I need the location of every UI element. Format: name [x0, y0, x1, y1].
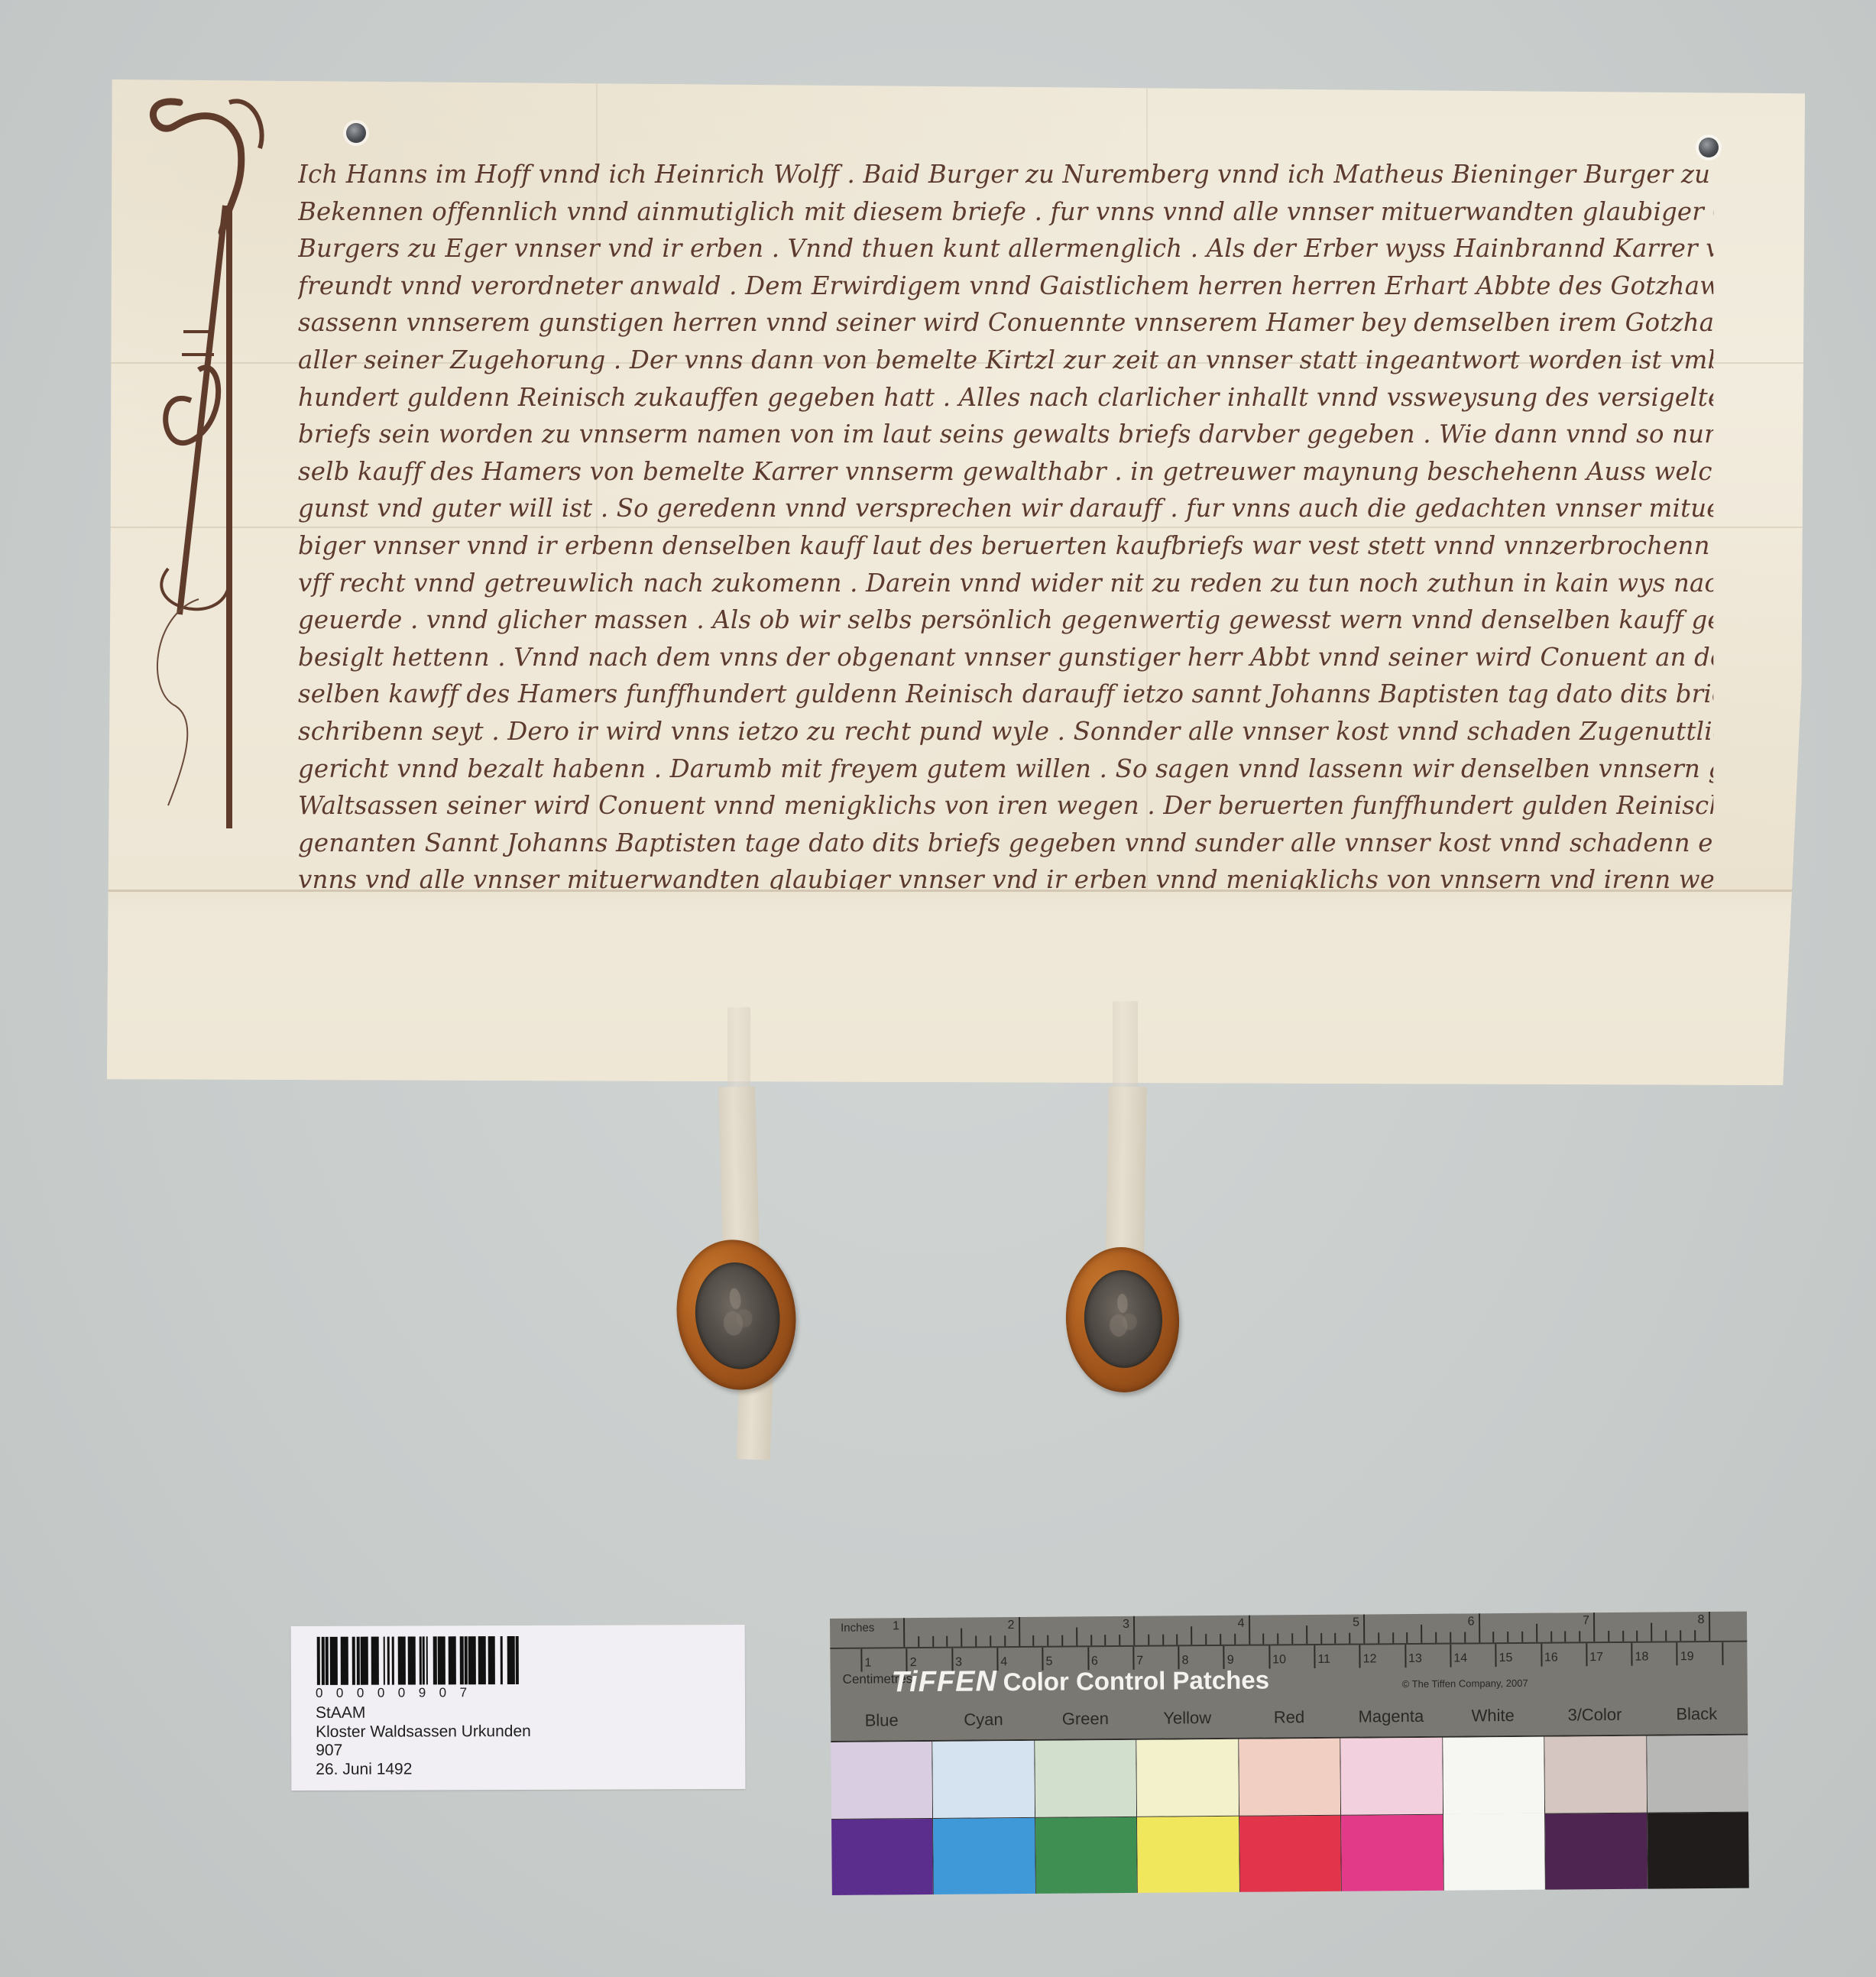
ruler-tick: [1541, 1644, 1542, 1667]
ruler-tick: [1220, 1634, 1221, 1645]
ruler-tick: [1119, 1635, 1120, 1645]
ruler-tick: [1464, 1632, 1466, 1642]
archive-name: StAAM: [316, 1703, 531, 1723]
cm-mark: 1: [864, 1657, 871, 1671]
patch-saturated: [1443, 1813, 1545, 1891]
charter-text-line: selben kawff des Hamers funffhundert gul…: [298, 676, 1713, 713]
patch-label-black: Black: [1646, 1704, 1748, 1732]
patch-column-white: [1443, 1737, 1546, 1891]
patch-label-green: Green: [1035, 1709, 1137, 1737]
tiffen-logo: TiFFEN: [891, 1665, 997, 1699]
chart-header: Inches 12345678 123456789101112131415161…: [830, 1612, 1748, 1741]
ruler-tick: [1622, 1631, 1624, 1642]
ruler-tick: [1306, 1625, 1307, 1644]
ruler-tick: [1421, 1625, 1422, 1643]
patch-column-yellow: [1137, 1739, 1240, 1893]
charter-text-line: gericht vnnd bezalt habenn . Darumb mit …: [298, 750, 1713, 788]
ruler-tick: [1133, 1616, 1135, 1645]
patch-column-3-color: [1544, 1736, 1648, 1890]
ruler-tick: [1677, 1642, 1678, 1665]
charter-text-line: schribenn seyt . Dero ir wird vnns ietzo…: [298, 713, 1713, 750]
charter-text-line: genanten Sannt Johanns Baptisten tage da…: [298, 825, 1713, 862]
ruler-tick: [1191, 1626, 1192, 1645]
ruler-tick: [1450, 1632, 1451, 1643]
cm-mark: 13: [1408, 1652, 1422, 1666]
patch-saturated: [831, 1818, 933, 1895]
pin-icon: [346, 123, 366, 143]
patch-light: [933, 1741, 1035, 1819]
patch-light: [1647, 1736, 1748, 1813]
ruler-tick: [1314, 1645, 1315, 1668]
patch-column-red: [1239, 1739, 1342, 1892]
ruler-tick: [1565, 1631, 1567, 1642]
cm-mark: 16: [1544, 1651, 1558, 1665]
charter-text-line: Burgers zu Eger vnnser vnd ir erben . Vn…: [298, 230, 1713, 267]
ruler-tick: [1262, 1634, 1264, 1645]
cm-mark: 18: [1635, 1651, 1648, 1664]
ruler-tick: [1536, 1624, 1537, 1642]
ruler-tick: [1694, 1630, 1696, 1641]
inch-mark: 2: [1008, 1619, 1015, 1632]
ruler-tick: [1076, 1627, 1077, 1645]
patch-light: [831, 1742, 932, 1820]
ruler-tick: [1291, 1633, 1293, 1644]
ruler-tick: [1018, 1617, 1019, 1646]
charter-text-line: Bekennen offennlich vnnd ainmutiglich mi…: [298, 193, 1713, 231]
charter-text-line: aller seiner Zugehorung . Der vnns dann …: [298, 342, 1713, 379]
charter-text-line: Ich Hanns im Hoff vnnd ich Heinrich Wolf…: [298, 156, 1713, 193]
ruler-tick: [1478, 1613, 1479, 1642]
ruler-tick: [990, 1635, 991, 1646]
ruler-tick: [1177, 1634, 1178, 1645]
charter-text-line: vff recht vnnd getreuwlich nach zukomenn…: [298, 565, 1713, 602]
patch-light: [1239, 1739, 1340, 1817]
patch-label-magenta: Magenta: [1340, 1706, 1443, 1735]
inch-mark: 8: [1697, 1613, 1704, 1627]
ruler-tick: [1722, 1642, 1723, 1665]
ruler-tick: [1105, 1635, 1106, 1645]
patch-saturated: [1239, 1815, 1341, 1892]
ruler-tick: [1405, 1645, 1406, 1667]
inch-mark: 1: [893, 1619, 899, 1633]
barcode-digits: 00000907: [316, 1685, 481, 1701]
seal-coat-of-arms-icon: [1097, 1286, 1149, 1351]
patch-light: [1035, 1740, 1136, 1818]
seal-slit: [727, 1007, 750, 1087]
seal-slit: [1113, 1001, 1138, 1087]
ruler-tick: [1378, 1632, 1379, 1643]
ruler-tick: [1205, 1634, 1207, 1645]
ruler-tick: [1277, 1633, 1278, 1644]
patch-saturated: [1137, 1816, 1239, 1893]
patch-label-3-color: 3/Color: [1544, 1705, 1646, 1733]
plica-fold: [107, 890, 1797, 1085]
ruler-tick: [1579, 1631, 1580, 1642]
ruler-tick: [1665, 1630, 1667, 1641]
cm-mark: 14: [1453, 1651, 1467, 1665]
charter-text-line: Waltsassen seiner wird Conuent vnnd meni…: [298, 787, 1713, 825]
ruler-tick: [1320, 1633, 1322, 1644]
ruler-tick: [860, 1649, 862, 1672]
ruler-tick: [1248, 1616, 1249, 1645]
seal-figure-icon: [706, 1279, 769, 1354]
color-control-chart: Inches 12345678 123456789101112131415161…: [830, 1612, 1749, 1895]
ruler-tick: [918, 1636, 919, 1647]
patch-label-blue: Blue: [831, 1710, 933, 1739]
patch-saturated: [933, 1817, 1035, 1894]
patch-light: [1443, 1737, 1544, 1814]
ruler-tick: [1586, 1643, 1587, 1666]
patch-label-yellow: Yellow: [1136, 1708, 1239, 1736]
ruler-tick: [1359, 1645, 1361, 1668]
charter-text-line: hundert guldenn Reinisch zukauffen gegeb…: [298, 379, 1713, 416]
patch-saturated: [1648, 1812, 1749, 1889]
archive-label: 00000907 StAAM Kloster Waldsassen Urkund…: [291, 1625, 746, 1791]
ruler-tick: [1090, 1635, 1092, 1645]
ruler-tick: [1047, 1635, 1048, 1646]
patch-saturated: [1341, 1814, 1443, 1891]
inch-mark: 7: [1583, 1614, 1589, 1628]
document-date: 26. Juni 1492: [316, 1759, 531, 1778]
inch-mark: 5: [1353, 1616, 1359, 1630]
ruler-tick: [903, 1618, 905, 1647]
ruler-tick: [1234, 1634, 1236, 1645]
ruler-tick: [1593, 1612, 1595, 1642]
inch-mark: 6: [1467, 1615, 1474, 1629]
patch-label-red: Red: [1238, 1707, 1340, 1736]
ruler-tick: [1335, 1633, 1337, 1644]
patch-light: [1137, 1739, 1239, 1817]
ruler-tick: [1507, 1632, 1508, 1642]
charter-text-line: geuerde . vnnd glicher massen . Als ob w…: [298, 601, 1713, 639]
ruler-tick: [1392, 1632, 1394, 1643]
charter-text-line: biger vnnser vnnd ir erbenn denselben ka…: [298, 527, 1713, 565]
ruler-tick: [1550, 1632, 1552, 1642]
patch-light: [1340, 1738, 1442, 1816]
copyright: © The Tiffen Company, 2007: [1402, 1677, 1528, 1690]
cm-mark: 15: [1499, 1651, 1513, 1665]
ruler-tick: [932, 1636, 934, 1647]
ruler-tick: [1450, 1645, 1451, 1667]
charter-text-line: freundt vnnd verordneter anwald . Dem Er…: [298, 267, 1713, 305]
cm-mark: 17: [1589, 1651, 1603, 1664]
patch-column-blue: [831, 1742, 934, 1895]
ruler-tick: [1162, 1635, 1164, 1645]
ruler-tick: [1637, 1631, 1638, 1642]
document-number: 907: [316, 1741, 531, 1760]
inch-mark: 4: [1237, 1617, 1244, 1631]
ruler-tick: [1061, 1635, 1063, 1646]
ruler-tick: [1349, 1633, 1350, 1644]
charter-text-line: besiglt hettenn . Vnnd nach dem vnns der…: [298, 639, 1713, 676]
inch-label: Inches: [841, 1622, 874, 1635]
collection-name: Kloster Waldsassen Urkunden: [316, 1722, 531, 1741]
cm-mark: 11: [1317, 1653, 1330, 1667]
charter-text-line: briefs sein worden zu vnnserm namen von …: [298, 416, 1713, 453]
patch-saturated: [1035, 1817, 1137, 1894]
patch-column-magenta: [1340, 1738, 1443, 1891]
ruler-tick: [947, 1636, 948, 1647]
charter-text-line: sassenn vnnserem gunstigen herren vnnd s…: [298, 304, 1713, 342]
ruler-tick: [1631, 1643, 1632, 1666]
ruler-tick: [1032, 1635, 1034, 1646]
ruler-tick: [1608, 1631, 1609, 1642]
chart-title: Color Control Patches: [1003, 1665, 1270, 1697]
ruler-tick: [1492, 1632, 1494, 1642]
barcode-icon: [317, 1636, 519, 1685]
patch-column-black: [1647, 1736, 1749, 1889]
ruler-tick: [1363, 1615, 1365, 1644]
ruler-tick: [1407, 1632, 1408, 1643]
ruler-tick: [1521, 1632, 1523, 1642]
patch-label-white: White: [1442, 1706, 1544, 1734]
ruler-tick: [1435, 1632, 1437, 1643]
inch-ruler: Inches 12345678: [830, 1612, 1747, 1649]
charter-text-line: selb kauff des Hamers von bemelte Karrer…: [298, 453, 1713, 491]
ruler-tick: [1708, 1612, 1709, 1641]
ruler-tick: [961, 1629, 962, 1647]
color-patches: [831, 1734, 1749, 1895]
ruler-tick: [1680, 1630, 1681, 1641]
cm-mark: 10: [1272, 1653, 1286, 1667]
cm-mark: 19: [1680, 1650, 1694, 1664]
ruler-tick: [1651, 1623, 1652, 1642]
ruler-tick: [975, 1635, 977, 1646]
charter-parchment: Ich Hanns im Hoff vnnd ich Heinrich Wolf…: [107, 79, 1805, 1085]
ruler-tick: [1148, 1635, 1149, 1645]
pin-icon: [1699, 138, 1719, 157]
patch-saturated: [1545, 1813, 1647, 1890]
ruler-tick: [1495, 1644, 1496, 1667]
ruler-tick: [1004, 1635, 1006, 1646]
patch-column-cyan: [933, 1741, 1036, 1894]
inch-mark: 3: [1123, 1618, 1129, 1632]
charter-text-line: gunst vnd guter will ist . So geredenn v…: [298, 490, 1713, 527]
patch-light: [1544, 1736, 1646, 1814]
cm-mark: 12: [1363, 1652, 1377, 1666]
patch-column-green: [1035, 1740, 1138, 1894]
patch-label-cyan: Cyan: [932, 1710, 1035, 1738]
